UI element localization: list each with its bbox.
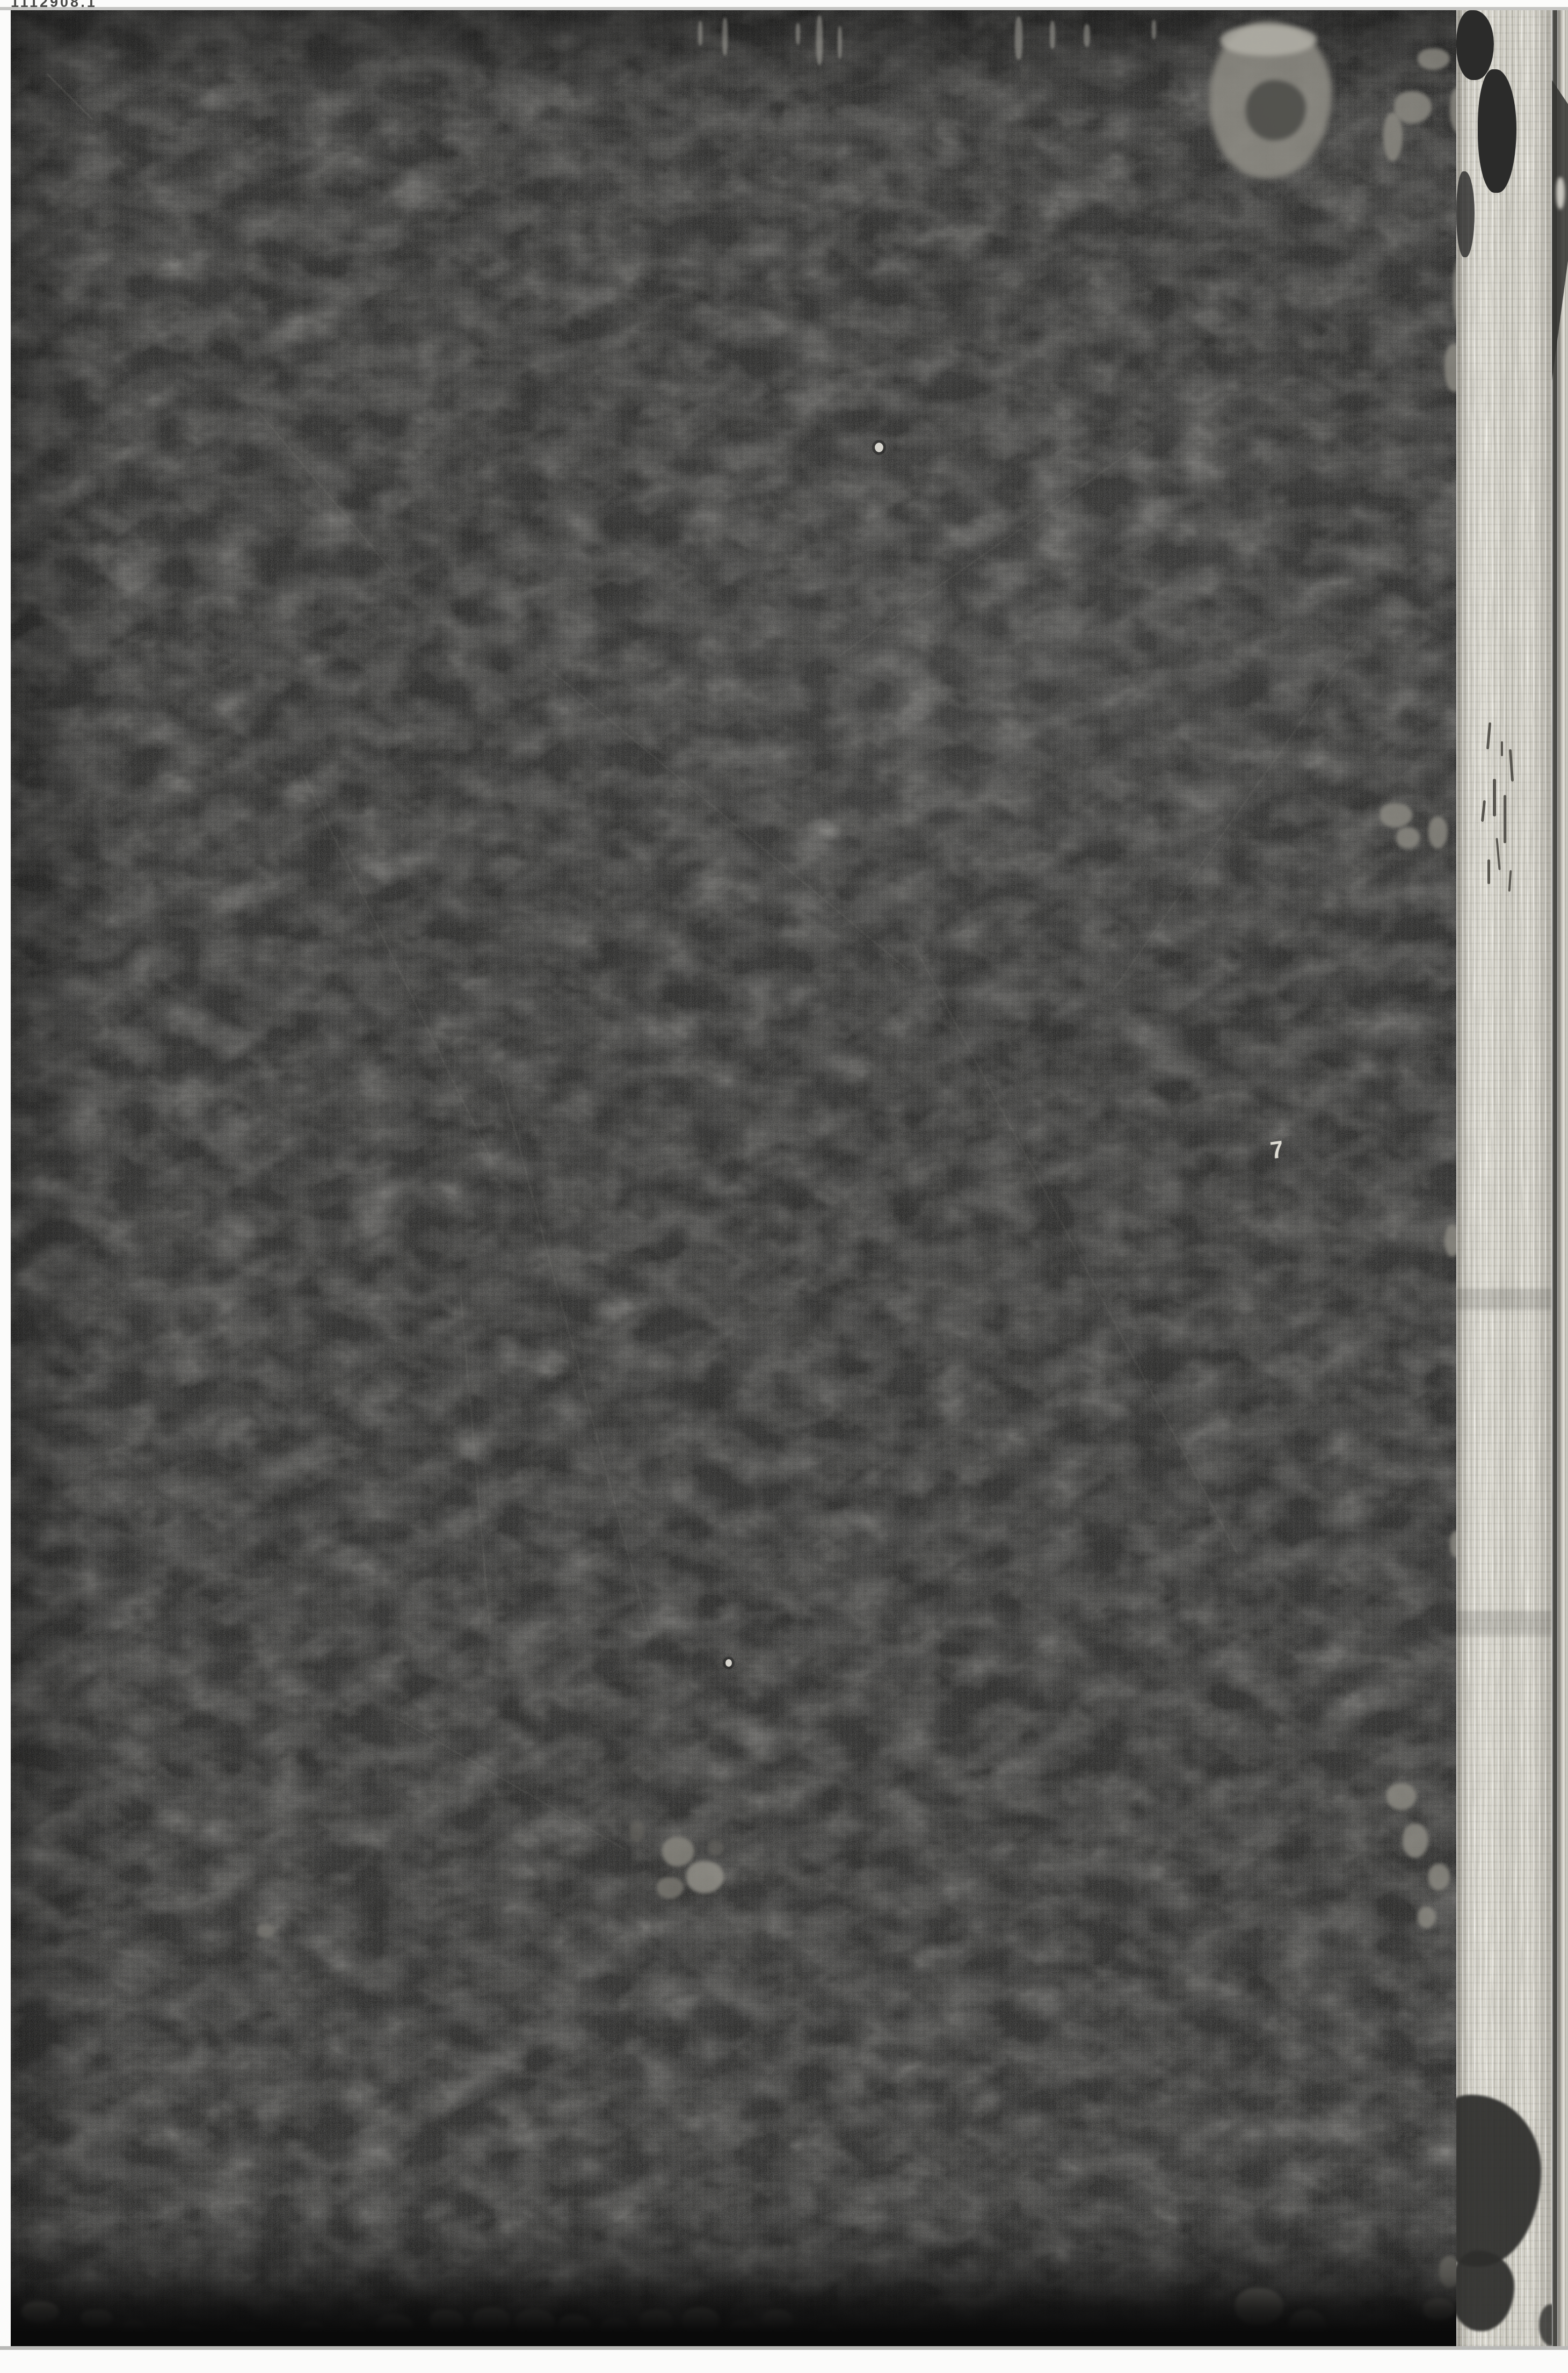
wear-streak — [1015, 17, 1022, 60]
cover-top-shade — [11, 10, 1568, 96]
ink-mark — [1493, 779, 1496, 816]
fore-edge-striations — [1456, 10, 1552, 2346]
ink-mark — [1504, 795, 1506, 843]
wear-streak — [1050, 21, 1055, 49]
ink-mark — [1487, 859, 1490, 884]
edge-band — [1456, 1289, 1552, 1310]
edge-band — [1456, 1611, 1552, 1636]
book-cover: 7 — [11, 10, 1568, 2346]
cover-sheen — [11, 10, 1568, 2346]
wear-streak — [1084, 24, 1090, 47]
book-scan: 1112908.1 — [0, 0, 1568, 2373]
torn-leather-patch — [1456, 10, 1494, 80]
far-edge-shadow — [1552, 80, 1568, 381]
ink-mark — [1501, 741, 1503, 756]
wear-streak — [838, 26, 842, 59]
page-fore-edge — [1456, 10, 1552, 2346]
wear-streak — [698, 21, 702, 46]
library-id-label: 1112908.1 — [11, 0, 97, 11]
bright-speck — [875, 443, 883, 452]
torn-leather-patch — [1456, 171, 1475, 257]
wear-streak — [1152, 20, 1156, 39]
bottom-edge-shadow-line — [0, 2346, 1568, 2350]
cover-bottom-shade — [11, 2217, 1568, 2346]
far-edge-band — [1552, 10, 1568, 2346]
cover-left-shade — [11, 10, 107, 2346]
wear-streak — [816, 16, 823, 65]
wear-streak — [722, 18, 728, 55]
wear-streak — [796, 23, 800, 45]
bright-speck — [725, 1659, 732, 1667]
torn-leather-patch — [1478, 69, 1516, 193]
